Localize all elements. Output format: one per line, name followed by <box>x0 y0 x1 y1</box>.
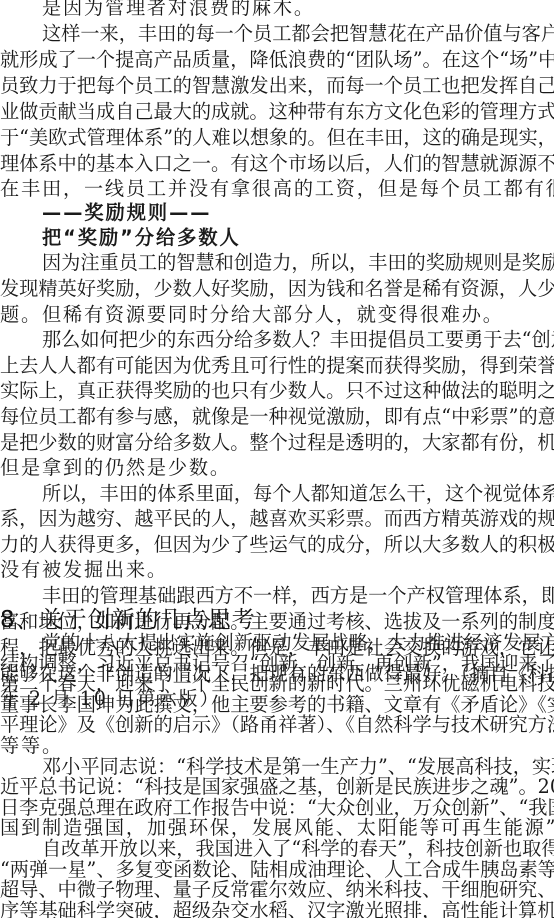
paragraph-line: 员致力于把每个员工的智慧激发出来，而每一个员工也把发挥自己的才能去为企 <box>0 73 554 99</box>
paragraph-line: 序等基础科学突破，超级杂交水稻、汉字激光照排，高性能计算机、载人航天、 <box>0 898 554 918</box>
subheading-bold: 把“奖励”分给多数人 <box>42 225 241 251</box>
paragraph-line: 是把少数的财富分给多数人。整个过程是透明的，大家都有份，机会都是均等的， <box>0 430 554 456</box>
subheading-rules: ——奖励规则—— <box>42 200 212 226</box>
paragraph-line: 力的人获得更多，但因为少了些运气的成分，所以大多数人的积极性和潜能往往 <box>0 532 554 558</box>
paragraph-line: 系，因为越穷、越平民的人，越喜欢买彩票。而西方精英游戏的规则是，让有能 <box>0 506 554 532</box>
paragraph-line: 在丰田，一线员工并没有拿很高的工资，但是每个员工都有很强的责任心。 <box>0 176 554 202</box>
paragraph-line: 就形成了一个提高产品质量，降低浪费的“团队场”。在这个“场”中，管理人 <box>0 47 554 73</box>
paragraph-line: 题。但稀有资源要同时分给大部分人，就变得很难办。 <box>0 302 504 328</box>
paragraph-line: 实际上，真正获得奖励的也只有少数人。只不过这种做法的聪明之处在于，它让 <box>0 378 554 404</box>
paragraph-line: 所以，丰田的体系里面，每个人都知道怎么干，这个视觉体系变成了彩票体 <box>42 481 554 507</box>
paragraph-line: 是因为管理者对浪费的麻木。 <box>42 0 315 21</box>
paragraph-line: 因为注重员工的智慧和创造力，所以，丰田的奖励规则是奖励多数人。你会 <box>42 250 554 276</box>
paragraph-line: 没有被发掘出来。 <box>0 557 168 583</box>
paragraph-line: 于“美欧式管理体系”的人难以想象的。但在丰田，这的确是现实，也是丰田管 <box>0 125 554 151</box>
paragraph-line: 业做贡献当成自己最大的成就。这种带有东方文化色彩的管理方式，是很多习惯 <box>0 99 554 125</box>
paragraph-line: 那么如何把少的东西分给多数人？丰田提倡员工要勇于去“创意提案”，看 <box>42 327 554 353</box>
paragraph-line: 这样一来，丰田的每一个员工都会把智慧花在产品价值与客户价值上，从而 <box>42 21 554 47</box>
paragraph-line: 但是拿到的仍然是少数。 <box>0 455 231 481</box>
paragraph-line: 理体系中的基本入口之一。有这个市场以后，人们的智慧就源源不断了。所以， <box>0 151 554 177</box>
paragraph-line: 上去人人都有可能因为优秀且可行性的提案而获得奖励，得到荣誉和被尊重，但 <box>0 353 554 379</box>
paragraph-line: 每位员工都有参与感，就像是一种视觉激励，即有点“中彩票”的意思，彩票就 <box>0 404 554 430</box>
paragraph-line: 发现精英好奖励，少数人好奖励，因为钱和名誉是稀有资源，人少了分起来没问 <box>0 276 554 302</box>
paragraph-line: 平理论》及《创新的启示》（路甬祥著）、《自然科学与技术研究方法》《逻辑学》 <box>0 712 554 738</box>
